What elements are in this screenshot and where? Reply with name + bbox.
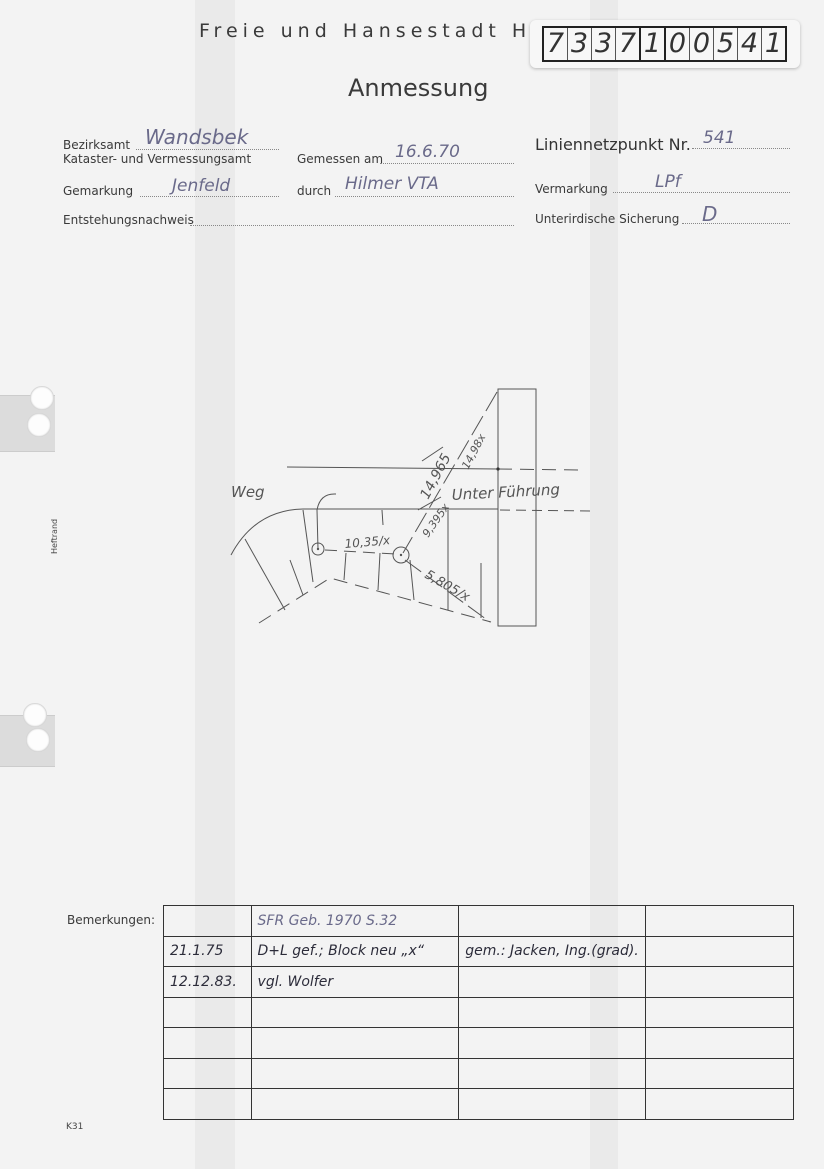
sketch-distance: 14,98x [459, 431, 489, 471]
remarks-cell [164, 1028, 252, 1059]
remarks-cell: 21.1.75 [164, 936, 252, 967]
remarks-cell [645, 1058, 793, 1089]
remarks-label: Bemerkungen: [67, 913, 155, 927]
table-row: SFR Geb. 1970 S.32 [164, 906, 794, 937]
remarks-cell [459, 1058, 645, 1089]
sketch-distance: 5,805/x [422, 567, 472, 605]
remarks-cell [251, 997, 459, 1028]
document-page: Freie und Hansestadt Ha 7337100541 Anmes… [0, 0, 824, 1169]
remarks-cell: 12.12.83. [164, 967, 252, 998]
remarks-cell [459, 967, 645, 998]
table-row [164, 1058, 794, 1089]
remarks-cell [251, 1089, 459, 1120]
remarks-cell [459, 1028, 645, 1059]
table-row: 12.12.83.vgl. Wolfer [164, 967, 794, 998]
remarks-cell [164, 1058, 252, 1089]
remarks-cell: D+L gef.; Block neu „x“ [251, 936, 459, 967]
remarks-cell [645, 1028, 793, 1059]
remarks-cell [251, 1028, 459, 1059]
sketch-label-weg: Weg [231, 483, 265, 501]
sketch-distance: 14,965 [417, 451, 454, 502]
remarks-cell [645, 997, 793, 1028]
remarks-cell [459, 1089, 645, 1120]
table-row: 21.1.75D+L gef.; Block neu „x“gem.: Jack… [164, 936, 794, 967]
sketch-distance: 10,35/x [344, 533, 391, 551]
remarks-cell [164, 1089, 252, 1120]
table-row [164, 1089, 794, 1120]
remarks-cell [164, 997, 252, 1028]
remarks-cell [645, 906, 793, 937]
table-row [164, 997, 794, 1028]
remarks-cell: gem.: Jacken, Ing.(grad). [459, 936, 645, 967]
sketch-label-unterfuehrung: Unter Führung [451, 480, 560, 504]
remarks-cell: vgl. Wolfer [251, 967, 459, 998]
remarks-cell: SFR Geb. 1970 S.32 [251, 906, 459, 937]
remarks-cell [251, 1058, 459, 1089]
remarks-table: SFR Geb. 1970 S.3221.1.75D+L gef.; Block… [163, 905, 794, 1120]
remarks-cell [645, 967, 793, 998]
remarks-cell [459, 906, 645, 937]
remarks-cell [645, 936, 793, 967]
table-row [164, 1028, 794, 1059]
form-code: K31 [66, 1122, 83, 1132]
remarks-cell [645, 1089, 793, 1120]
remarks-cell [459, 997, 645, 1028]
remarks-cell [164, 906, 252, 937]
